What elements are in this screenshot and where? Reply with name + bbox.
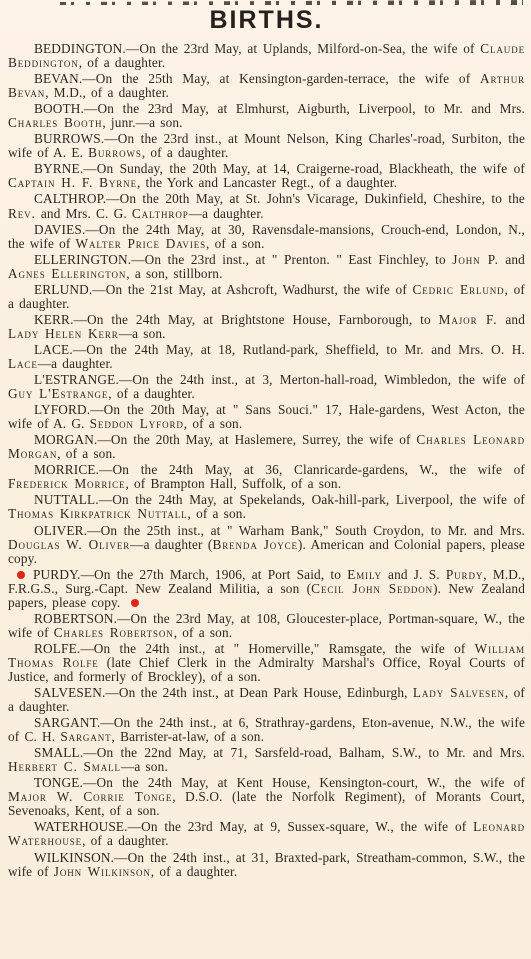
person-name: Seddon Lyford xyxy=(90,416,184,431)
person-name: Herbert C. Small xyxy=(8,759,121,774)
entry-text: , of a daughter. xyxy=(151,864,238,879)
entry-text: , of Brampton Hall, Suffolk, of a son. xyxy=(125,476,341,491)
person-name: Lady Salvesen xyxy=(413,685,505,700)
birth-entry-rolfe: ROLFE.—On the 24th inst., at " Homervill… xyxy=(8,642,525,684)
person-name: Guy L'Estrange xyxy=(8,386,108,401)
birth-entry-waterhouse: WATERHOUSE.—On the 23rd May, at 9, Susse… xyxy=(8,820,525,848)
red-marker-end-dot xyxy=(131,599,139,607)
entry-text: NUTTALL.—On the 24th May, at Spekelands,… xyxy=(34,492,525,507)
person-name: Rev. xyxy=(8,206,36,221)
birth-entry-small: SMALL.—On the 22nd May, at 71, Sarsfeld-… xyxy=(8,746,525,774)
person-name: Lady Helen Kerr xyxy=(8,326,119,341)
birth-entry-beddington: BEDDINGTON.—On the 23rd May, at Uplands,… xyxy=(8,42,525,70)
birth-entry-nuttall: NUTTALL.—On the 24th May, at Spekelands,… xyxy=(8,493,525,521)
birth-entry-erlund: ERLUND.—On the 21st May, at Ashcroft, Wa… xyxy=(8,283,525,311)
birth-entry-byrne: BYRNE.—On Sunday, the 20th May, at 14, C… xyxy=(8,162,525,190)
entry-text: —a son. xyxy=(119,326,166,341)
person-name: Thomas Kirkpatrick Nuttall xyxy=(8,506,188,521)
birth-entry-calthrop: CALTHROP.—On the 20th May, at St. John's… xyxy=(8,192,525,220)
entry-text: BEVAN.—On the 25th May, at Kensington-ga… xyxy=(34,71,480,86)
birth-entry-bevan: BEVAN.—On the 25th May, at Kensington-ga… xyxy=(8,72,525,100)
birth-entry-davies: DAVIES.—On the 24th May, at 30, Ravensda… xyxy=(8,223,525,251)
birth-entry-sargant: SARGANT.—On the 24th inst., at 6, Strath… xyxy=(8,716,525,744)
section-title: BIRTHS. xyxy=(8,6,525,35)
birth-entry-ellerington: ELLERINGTON.—On the 23rd inst., at " Pre… xyxy=(8,253,525,281)
birth-entry-robertson: ROBERTSON.—On the 23rd May, at 108, Glou… xyxy=(8,612,525,640)
entry-text: and xyxy=(499,252,525,267)
person-name: Major W. Corrie Tonge xyxy=(8,789,172,804)
person-name: Cecil John Seddon xyxy=(311,581,433,596)
entry-text: MORGAN.—On the 20th May, at Haslemere, S… xyxy=(34,432,416,447)
entry-text: ERLUND.—On the 21st May, at Ashcroft, Wa… xyxy=(34,282,412,297)
entry-text: MORRICE.—On the 24th May, at 36, Clanric… xyxy=(34,462,525,477)
entry-text: BYRNE.—On Sunday, the 20th May, at 14, C… xyxy=(34,161,525,176)
person-name: Emily xyxy=(347,567,382,582)
entry-text: TONGE.—On the 24th May, at Kent House, K… xyxy=(34,775,525,790)
entry-text: , of a daughter. xyxy=(108,386,195,401)
person-name: John P. xyxy=(452,252,499,267)
entry-text: WATERHOUSE.—On the 23rd May, at 9, Susse… xyxy=(34,819,473,834)
birth-entry-burrows: BURROWS.—On the 23rd inst., at Mount Nel… xyxy=(8,132,525,160)
entry-text: , the York and Lancaster Regt., of a dau… xyxy=(137,175,397,190)
birth-entry-lestrange: L'ESTRANGE.—On the 24th inst., at 3, Mer… xyxy=(8,373,525,401)
births-list: BEDDINGTON.—On the 23rd May, at Uplands,… xyxy=(8,42,525,879)
person-name: Brenda Joyce xyxy=(212,537,297,552)
entry-text: KERR.—On the 24th May, at Brightstone Ho… xyxy=(34,312,439,327)
person-name: Purdy xyxy=(446,567,483,582)
person-name: Walter Price Davies xyxy=(76,236,207,251)
entry-text: , of a son. xyxy=(206,236,265,251)
entry-text: , a son, stillborn. xyxy=(126,266,222,281)
person-name: Captain H. F. Byrne xyxy=(8,175,137,190)
person-name: Cedric Erlund xyxy=(412,282,504,297)
birth-entry-lace: LACE.—On the 24th May, at 18, Rutland-pa… xyxy=(8,343,525,371)
entry-text: LYFORD.—On the 20th May, at " Sans Souci… xyxy=(8,402,525,431)
birth-entry-morrice: MORRICE.—On the 24th May, at 36, Clanric… xyxy=(8,463,525,491)
birth-entry-oliver: OLIVER.—On the 25th inst., at " Warham B… xyxy=(8,524,525,566)
person-name: Frederick Morrice xyxy=(8,476,125,491)
birth-entry-tonge: TONGE.—On the 24th May, at Kent House, K… xyxy=(8,776,525,818)
person-name: Agnes Ellerington xyxy=(8,266,126,281)
entry-text: ROLFE.—On the 24th inst., at " Homervill… xyxy=(34,641,475,656)
entry-text: SALVESEN.—On the 24th inst., at Dean Par… xyxy=(34,685,413,700)
entry-text: and xyxy=(498,312,525,327)
person-name: Burrows xyxy=(88,145,142,160)
person-name: Lace xyxy=(8,356,38,371)
person-name: Major F. xyxy=(439,312,498,327)
entry-text: , of a daughter. xyxy=(79,55,166,70)
birth-entry-purdy: PURDY.—On the 27th March, 1906, at Port … xyxy=(8,568,525,610)
entry-text: , Barrister-at-law, of a son. xyxy=(112,729,265,744)
entry-text: , of a son. xyxy=(57,446,116,461)
entry-text: PURDY.—On the 27th March, 1906, at Port … xyxy=(33,567,347,582)
entry-text: , junr.—a son. xyxy=(102,115,182,130)
clipped-previous-line-fragment xyxy=(60,0,523,5)
red-marker-start-dot xyxy=(17,571,25,579)
entry-text: , of a daughter. xyxy=(82,833,169,848)
entry-text: L'ESTRANGE.—On the 24th inst., at 3, Mer… xyxy=(34,372,525,387)
entry-text: , of a daughter. xyxy=(142,145,229,160)
birth-entry-kerr: KERR.—On the 24th May, at Brightstone Ho… xyxy=(8,313,525,341)
entry-text: —a daughter ( xyxy=(130,537,212,552)
entry-text: LACE.—On the 24th May, at 18, Rutland-pa… xyxy=(34,342,525,357)
entry-text: OLIVER.—On the 25th inst., at " Warham B… xyxy=(34,523,525,538)
entry-text: SMALL.—On the 22nd May, at 71, Sarsfeld-… xyxy=(34,745,525,760)
birth-entry-wilkinson: WILKINSON.—On the 24th inst., at 31, Bra… xyxy=(8,851,525,879)
entry-text: , of a son. xyxy=(174,625,233,640)
person-name: Calthrop xyxy=(132,206,189,221)
birth-entry-salvesen: SALVESEN.—On the 24th inst., at Dean Par… xyxy=(8,686,525,714)
entry-text: —a daughter. xyxy=(189,206,264,221)
newspaper-page: BIRTHS. BEDDINGTON.—On the 23rd May, at … xyxy=(0,0,531,959)
person-name: Sargant xyxy=(60,729,111,744)
entry-text: —a son. xyxy=(121,759,168,774)
entry-text: BURROWS.—On the 23rd inst., at Mount Nel… xyxy=(8,131,525,160)
entry-text: , of a son. xyxy=(184,416,243,431)
person-name: John Wilkinson xyxy=(54,864,151,879)
entry-text: —a daughter. xyxy=(38,356,113,371)
person-name: Charles Booth xyxy=(8,115,102,130)
birth-entry-lyford: LYFORD.—On the 20th May, at " Sans Souci… xyxy=(8,403,525,431)
entry-text: BOOTH.—On the 23rd May, at Elmhurst, Aig… xyxy=(34,101,525,116)
person-name: Charles Robertson xyxy=(54,625,174,640)
entry-text: , of a son. xyxy=(188,506,247,521)
entry-text: CALTHROP.—On the 20th May, at St. John's… xyxy=(34,191,525,206)
birth-entry-morgan: MORGAN.—On the 20th May, at Haslemere, S… xyxy=(8,433,525,461)
person-name: Douglas W. Oliver xyxy=(8,537,130,552)
entry-text: , M.D., of a daughter. xyxy=(45,85,169,100)
entry-text: and J. S. xyxy=(382,567,446,582)
entry-text: ELLERINGTON.—On the 23rd inst., at " Pre… xyxy=(34,252,452,267)
birth-entry-booth: BOOTH.—On the 23rd May, at Elmhurst, Aig… xyxy=(8,102,525,130)
entry-text: BEDDINGTON.—On the 23rd May, at Uplands,… xyxy=(34,41,480,56)
entry-text: and Mrs. C. G. xyxy=(36,206,132,221)
